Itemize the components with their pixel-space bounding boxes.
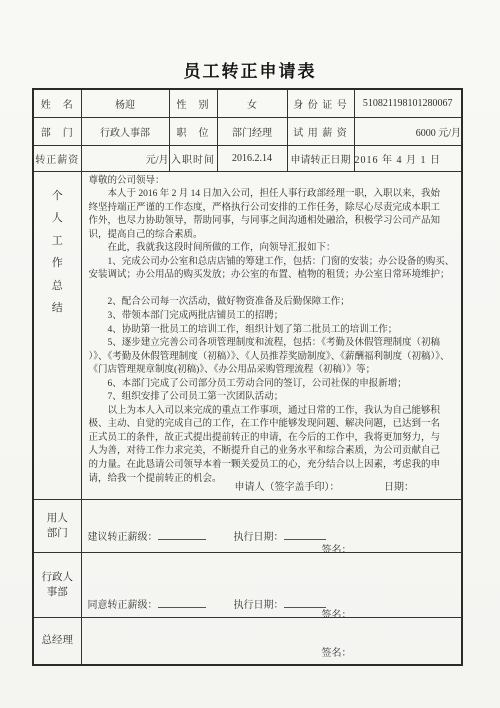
entry-date-label: 入职时间 [169, 145, 217, 171]
id-number-value: 510821198101280067 [354, 89, 462, 117]
position-label: 职 位 [169, 117, 217, 145]
entry-date-value: 2016.2.14 [217, 145, 287, 171]
approved-salary-blank [158, 598, 206, 608]
info-row-1: 姓 名 杨迎 性 别 女 身 份 证 号 510821198101280067 [33, 89, 462, 117]
apply-date-value: 2016 年 4 月 1 日 [354, 145, 462, 171]
summary-section-label: 个人工作总结 [51, 185, 64, 320]
hr-exec-date-label: 执行日期： [234, 600, 284, 611]
employing-dept-content-cell: 建议转正薪级：执行日期： 签名： [81, 499, 462, 552]
department-value: 行政人事部 [81, 117, 169, 145]
dept-exec-date-blank [284, 530, 326, 540]
probation-salary-value: 6000 元/月 [354, 117, 462, 145]
summary-body-text: 尊敬的公司领导： 本人于 2016 年 2 月 14 日加入公司，担任人事行政部… [89, 175, 459, 487]
hr-dept-label: 行政人事部 [39, 570, 76, 600]
applicant-sign-label: 申请人（签字盖手印）： [235, 482, 340, 493]
position-value: 部门经理 [217, 117, 287, 145]
regular-salary-value: 元/月 [81, 145, 169, 171]
suggested-salary-blank [158, 530, 206, 540]
name-label: 姓 名 [33, 89, 81, 117]
employing-dept-label-cell: 用人部门 [33, 499, 81, 552]
employing-dept-label: 用人部门 [44, 511, 70, 541]
hr-dept-label-cell: 行政人事部 [33, 552, 81, 617]
hr-exec-date-blank [284, 598, 326, 608]
gender-value: 女 [217, 89, 287, 117]
general-manager-label-cell: 总经理 [33, 617, 81, 665]
approved-salary-label: 同意转正薪级： [88, 600, 158, 611]
hr-dept-fill-line: 同意转正薪级：执行日期： [88, 596, 326, 611]
page-title: 员工转正申请表 [0, 57, 500, 82]
summary-row: 个人工作总结 尊敬的公司领导： 本人于 2016 年 2 月 14 日加入公司，… [33, 171, 462, 499]
name-value: 杨迎 [81, 89, 169, 117]
employing-dept-sign-label: 签名： [322, 541, 352, 553]
department-label: 部 门 [33, 117, 81, 145]
general-manager-row: 总经理 签名： [33, 617, 462, 665]
applicant-date-label: 日期： [384, 482, 414, 493]
general-manager-sign-label: 签名： [322, 644, 352, 659]
hr-dept-row: 行政人事部 同意转正薪级：执行日期： 签名： [33, 552, 462, 617]
scanned-form-page: 员工转正申请表 姓 名 杨迎 性 别 女 身 份 证 号 51082119810… [0, 0, 500, 708]
employing-dept-fill-line: 建议转正薪级：执行日期： [88, 528, 326, 543]
apply-date-label: 申请转正日期 [287, 145, 354, 171]
dept-exec-date-label: 执行日期： [234, 532, 284, 543]
applicant-signature-line: 申请人（签字盖手印）： 日期： [235, 478, 462, 493]
summary-section-label-cell: 个人工作总结 [33, 171, 81, 499]
employing-dept-row: 用人部门 建议转正薪级：执行日期： 签名： [33, 499, 462, 552]
hr-dept-content-cell: 同意转正薪级：执行日期： 签名： [81, 552, 462, 617]
regular-salary-label: 转正薪资 [33, 145, 81, 171]
probation-salary-label: 试 用 薪 资 [287, 117, 354, 145]
suggested-salary-label: 建议转正薪级： [88, 532, 158, 543]
general-manager-content-cell: 签名： [81, 617, 462, 665]
summary-content-cell: 尊敬的公司领导： 本人于 2016 年 2 月 14 日加入公司，担任人事行政部… [81, 171, 462, 499]
application-form-table: 姓 名 杨迎 性 别 女 身 份 证 号 510821198101280067 … [32, 88, 463, 666]
info-row-3: 转正薪资 元/月 入职时间 2016.2.14 申请转正日期 2016 年 4 … [33, 145, 462, 171]
hr-dept-sign-label: 签名： [322, 606, 352, 618]
id-number-label: 身 份 证 号 [287, 89, 354, 117]
info-row-2: 部 门 行政人事部 职 位 部门经理 试 用 薪 资 6000 元/月 [33, 117, 462, 145]
gender-label: 性 别 [169, 89, 217, 117]
general-manager-label: 总经理 [34, 633, 81, 648]
